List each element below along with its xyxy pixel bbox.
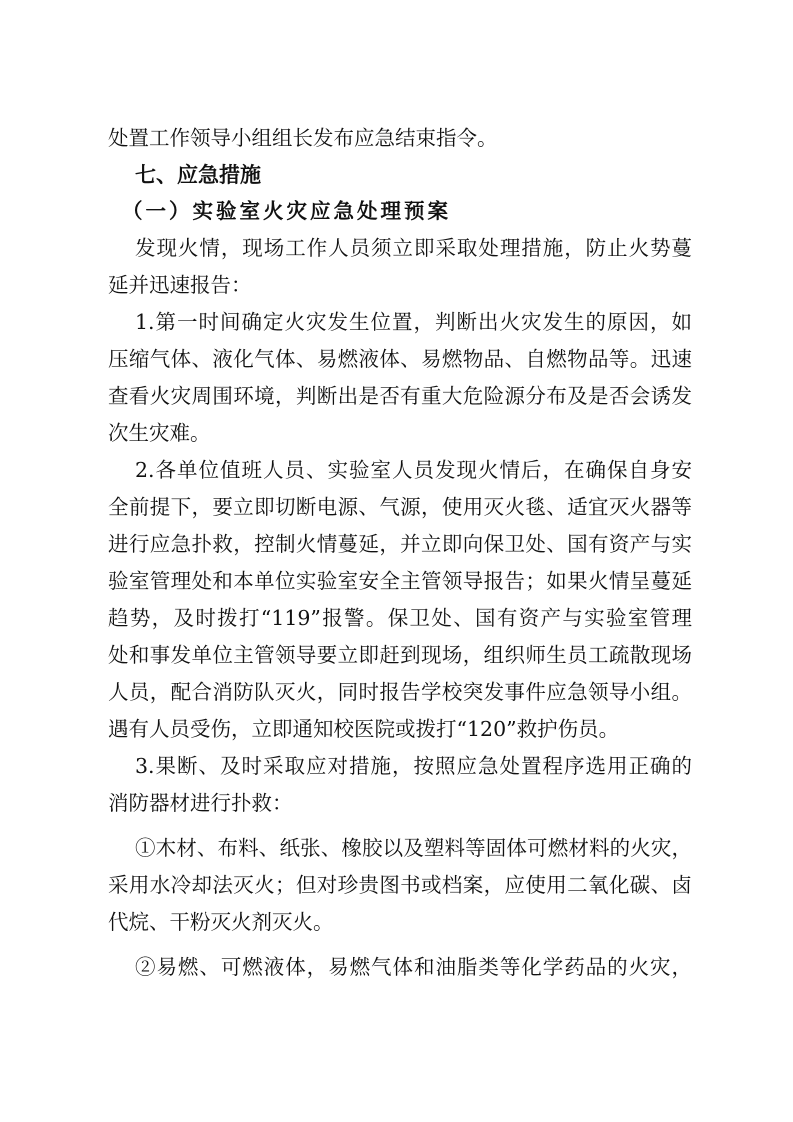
paragraph-line: 压缩气体、液化气体、易燃液体、易燃物品、自燃物品等。迅速: [108, 341, 692, 377]
paragraph-line: ①木材、布料、纸张、橡胶以及塑料等固体可燃材料的火灾，: [135, 830, 692, 866]
paragraph-line: 人员，配合消防队灭火，同时报告学校突发事件应急领导小组。: [108, 674, 692, 710]
subsection-heading: （一）实验室火灾应急处理预案: [122, 193, 692, 229]
paragraph-line: 处和事发单位主管领导要立即赶到现场，组织师生员工疏散现场: [108, 637, 692, 673]
paragraph-line: 发现火情，现场工作人员须立即采取处理措施，防止火势蔓: [135, 230, 692, 266]
paragraph-line: 全前提下，要立即切断电源、气源，使用灭火毯、适宜灭火器等: [108, 489, 692, 525]
paragraph-line: 代烷、干粉灭火剂灭火。: [108, 904, 692, 940]
paragraph-line: 3.果断、及时采取应对措施，按照应急处置程序选用正确的: [135, 748, 692, 784]
paragraph-line: 查看火灾周围环境，判断出是否有重大危险源分布及是否会诱发: [108, 378, 692, 414]
paragraph-line: 进行应急扑救，控制火情蔓延，并立即向保卫处、国有资产与实: [108, 526, 692, 562]
paragraph-line: 2.各单位值班人员、实验室人员发现火情后，在确保自身安: [135, 452, 692, 488]
paragraph-line: 延并迅速报告：: [108, 267, 692, 303]
section-heading: 七、应急措施: [135, 157, 692, 193]
paragraph-line: 趋势，及时拨打“119”报警。保卫处、国有资产与实验室管理: [108, 600, 692, 636]
paragraph-line: 采用水冷却法灭火；但对珍贵图书或档案，应使用二氧化碳、卤: [108, 867, 692, 903]
paragraph-line: 遇有人员受伤，立即通知校医院或拨打“120”救护伤员。: [108, 711, 692, 747]
document-page: 处置工作领导小组组长发布应急结束指令。七、应急措施（一）实验室火灾应急处理预案发…: [0, 0, 793, 1122]
paragraph-line: 次生灾难。: [108, 415, 692, 451]
paragraph-line: 1.第一时间确定火灾发生位置，判断出火灾发生的原因，如: [135, 304, 692, 340]
paragraph-line: 消防器材进行扑救：: [108, 785, 692, 821]
paragraph-line: 验室管理处和本单位实验室安全主管领导报告；如果火情呈蔓延: [108, 563, 692, 599]
paragraph-line: ②易燃、可燃液体，易燃气体和油脂类等化学药品的火灾，: [135, 949, 692, 985]
paragraph-line: 处置工作领导小组组长发布应急结束指令。: [108, 120, 692, 156]
